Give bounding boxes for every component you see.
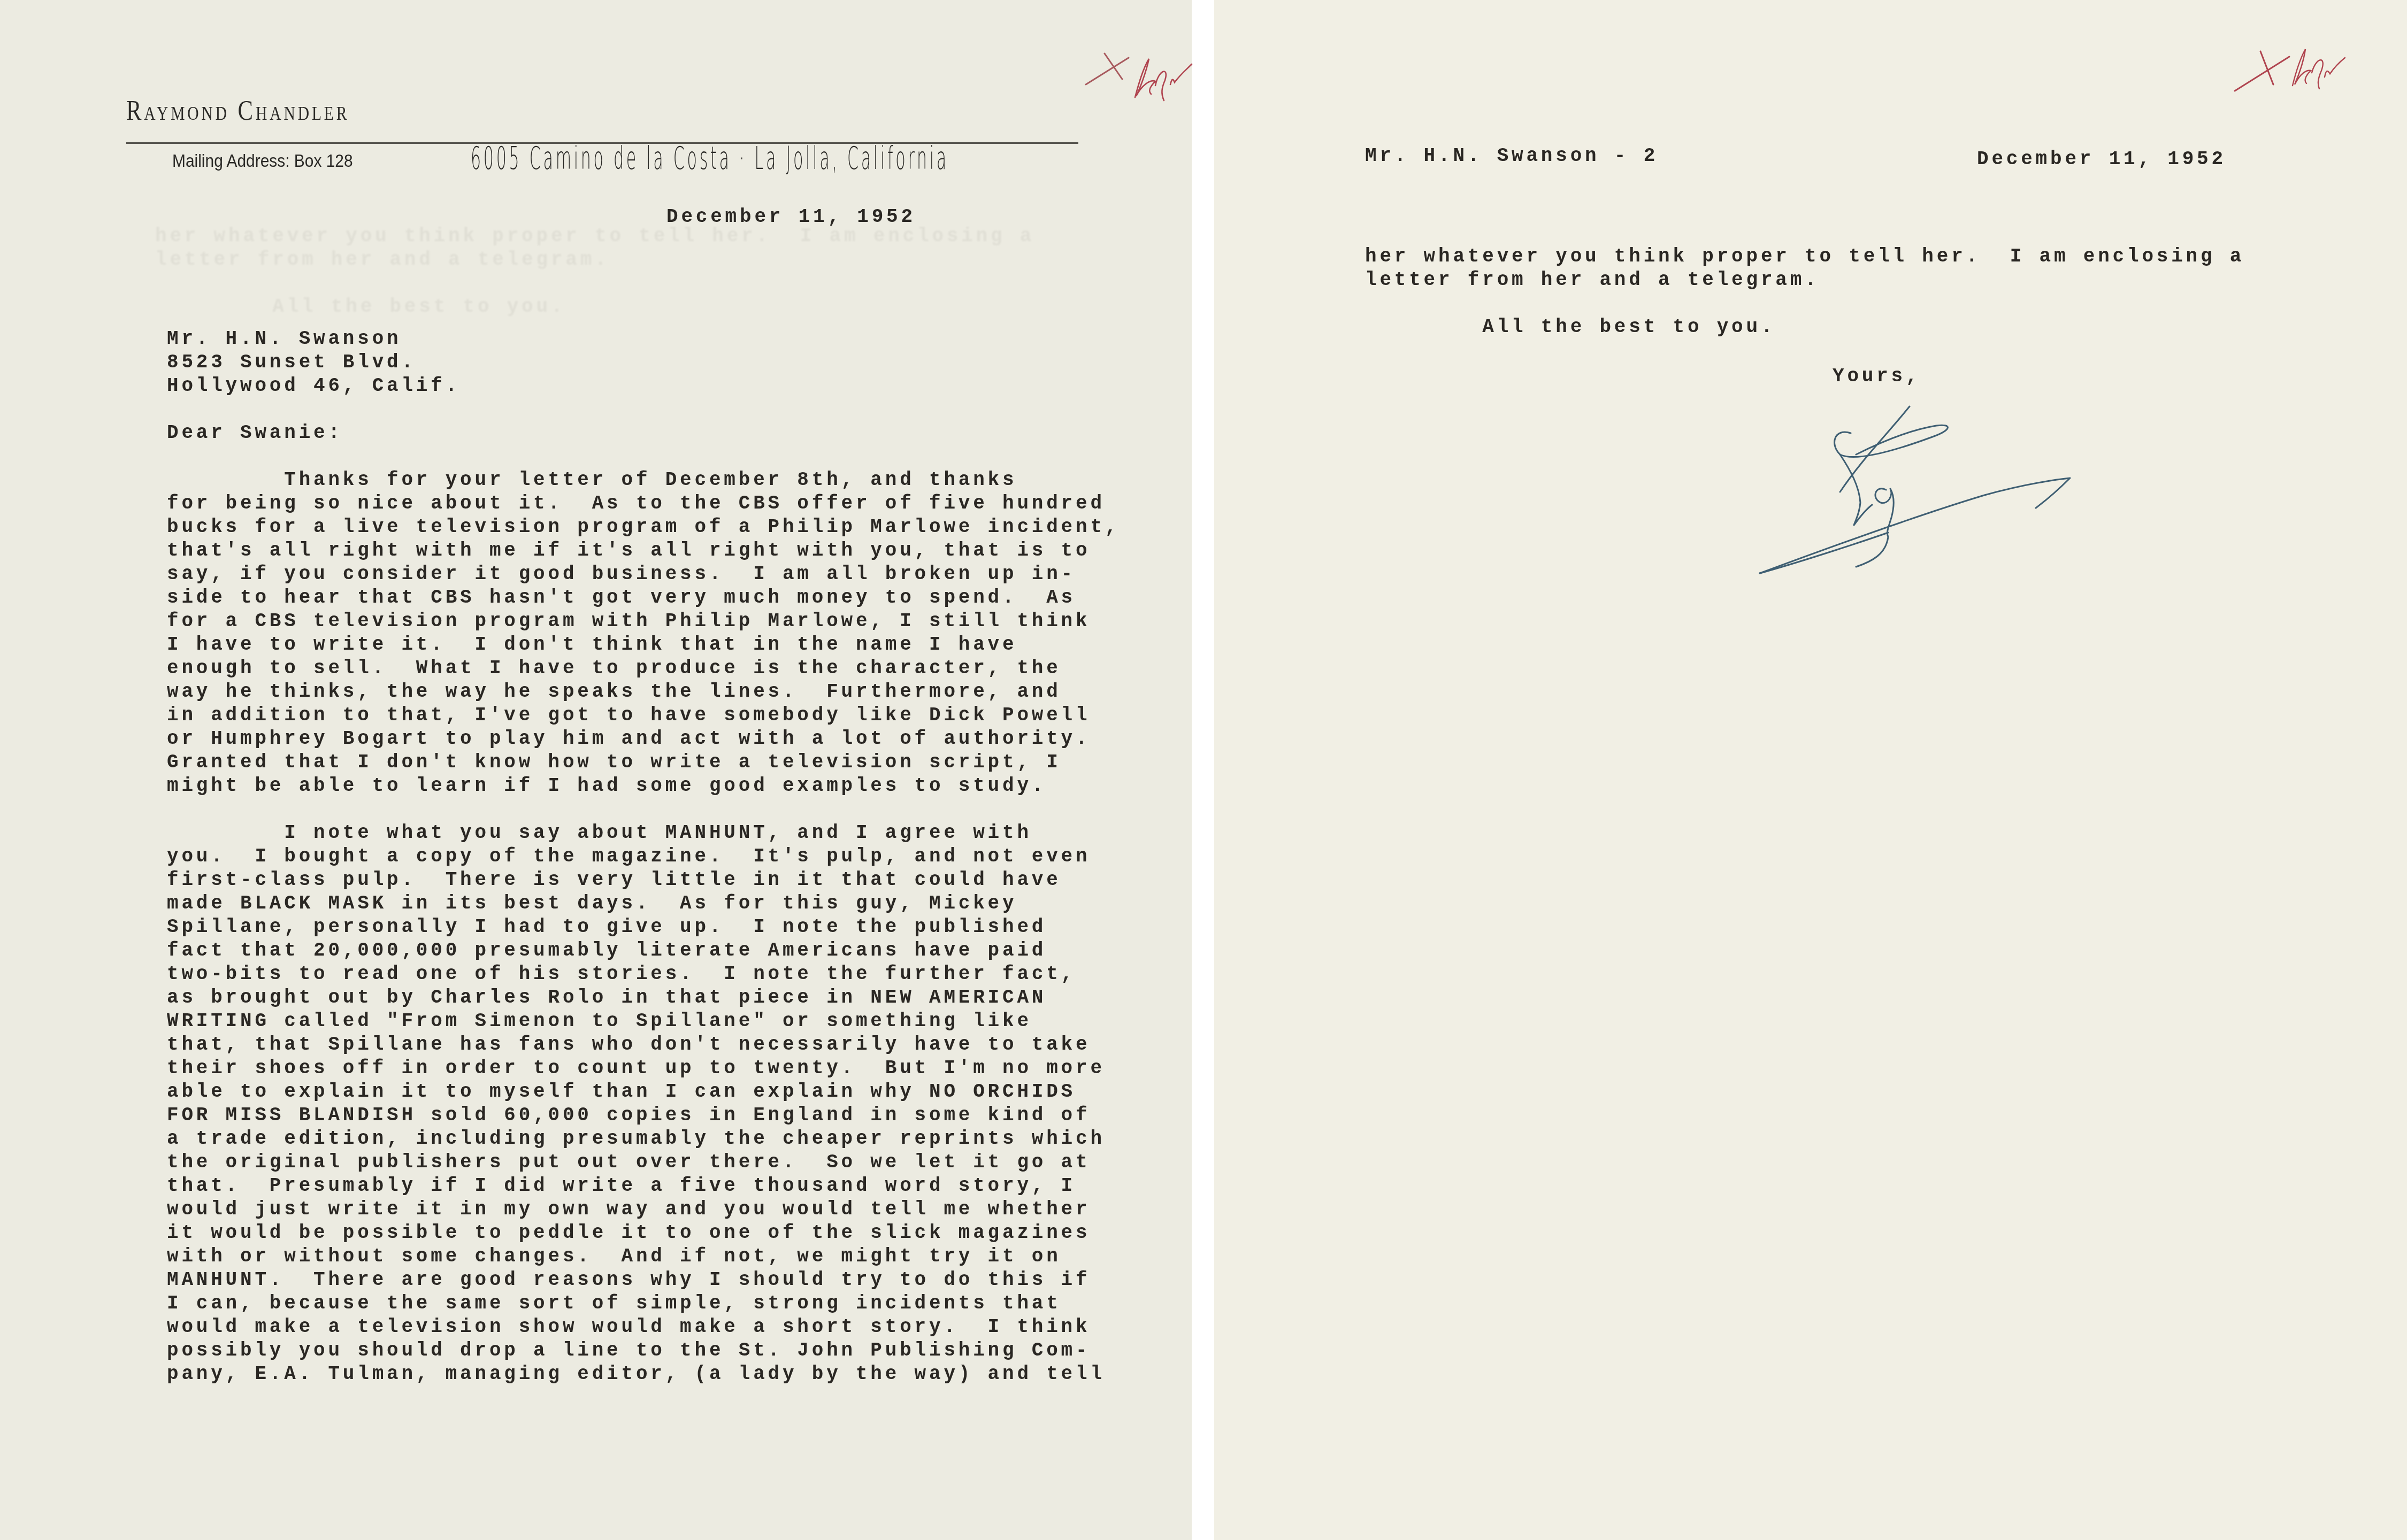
- text-line: would just write it in my own way and yo…: [167, 1198, 1090, 1221]
- text-line: in addition to that, I've got to have so…: [167, 704, 1090, 727]
- text-line: able to explain it to myself than I can …: [167, 1080, 1076, 1104]
- text-line: I can, because the same sort of simple, …: [167, 1292, 1061, 1315]
- text-line: Spillane, personally I had to give up. I…: [167, 915, 1046, 939]
- text-line: side to hear that CBS hasn't got very mu…: [167, 586, 1076, 610]
- text-line: with or without some changes. And if not…: [167, 1245, 1061, 1268]
- text-line: first-class pulp. There is very little i…: [167, 868, 1061, 892]
- text-line: I note what you say about MANHUNT, and I…: [167, 821, 1032, 845]
- text-line: way he thinks, the way he speaks the lin…: [167, 680, 1061, 704]
- letterhead-street-address: 6005 Camino de la Costa · La Jolla, Cali…: [471, 140, 949, 176]
- text-line: would make a television show would make …: [167, 1315, 1090, 1339]
- text-line: bucks for a live television program of a…: [167, 515, 1120, 539]
- handwritten-signature: [1728, 374, 2156, 577]
- text-line: her whatever you think proper to tell he…: [1365, 245, 2244, 268]
- salutation: Dear Swanie:: [167, 421, 343, 445]
- text-line: two-bits to read one of his stories. I n…: [167, 962, 1076, 986]
- text-line: for being so nice about it. As to the CB…: [167, 492, 1105, 515]
- text-line: for a CBS television program with Philip…: [167, 610, 1090, 633]
- text-line: enough to sell. What I have to produce i…: [167, 657, 1061, 680]
- red-annotation-mark: [2225, 37, 2348, 96]
- text-line: letter from her and a telegram.: [1365, 268, 1820, 292]
- letterhead-name: Raymond Chandler: [126, 95, 349, 127]
- text-line: that. Presumably if I did write a five t…: [167, 1174, 1076, 1198]
- text-line: pany, E.A. Tulman, managing editor, (a l…: [167, 1362, 1105, 1386]
- letterhead-mailing-address: Mailing Address: Box 128: [172, 151, 353, 172]
- recipient-street: 8523 Sunset Blvd.: [167, 351, 416, 374]
- text-line: it would be possible to peddle it to one…: [167, 1221, 1090, 1245]
- page-header-date: December 11, 1952: [1977, 148, 2226, 171]
- recipient-city: Hollywood 46, Calif.: [167, 374, 460, 398]
- text-line: WRITING called "From Simenon to Spillane…: [167, 1010, 1032, 1033]
- letter-date: December 11, 1952: [666, 205, 916, 229]
- text-line: fact that 20,000,000 presumably literate…: [167, 939, 1046, 962]
- bleed-through-text: letter from her and a telegram.: [155, 248, 610, 272]
- letter-page-1: her whatever you think proper to tell he…: [0, 0, 1192, 1540]
- text-line: made BLACK MASK in its best days. As for…: [167, 892, 1017, 915]
- text-line: MANHUNT. There are good reasons why I sh…: [167, 1268, 1090, 1292]
- text-line: that, that Spillane has fans who don't n…: [167, 1033, 1090, 1057]
- text-line: might be able to learn if I had some goo…: [167, 774, 1046, 798]
- closing-line: All the best to you.: [1365, 315, 1775, 339]
- text-line: possibly you should drop a line to the S…: [167, 1339, 1090, 1362]
- text-line: their shoes off in order to count up to …: [167, 1057, 1105, 1080]
- text-line: that's all right with me if it's all rig…: [167, 539, 1090, 563]
- bleed-through-text: All the best to you.: [155, 295, 565, 319]
- text-line: or Humphrey Bogart to play him and act w…: [167, 727, 1090, 751]
- text-line: a trade edition, including presumably th…: [167, 1127, 1105, 1151]
- letter-page-2: Mr. H.N. Swanson - 2 December 11, 1952 h…: [1214, 0, 2407, 1540]
- recipient-name: Mr. H.N. Swanson: [167, 327, 401, 351]
- text-line: Granted that I don't know how to write a…: [167, 751, 1061, 774]
- red-annotation-mark: [1075, 48, 1193, 107]
- text-line: I have to write it. I don't think that i…: [167, 633, 1017, 657]
- text-line: say, if you consider it good business. I…: [167, 563, 1076, 586]
- text-line: the original publishers put out over the…: [167, 1151, 1090, 1174]
- text-line: as brought out by Charles Rolo in that p…: [167, 986, 1046, 1010]
- page-header-recipient: Mr. H.N. Swanson - 2: [1365, 144, 1658, 168]
- text-line: FOR MISS BLANDISH sold 60,000 copies in …: [167, 1104, 1090, 1127]
- text-line: Thanks for your letter of December 8th, …: [167, 468, 1017, 492]
- text-line: you. I bought a copy of the magazine. It…: [167, 845, 1090, 868]
